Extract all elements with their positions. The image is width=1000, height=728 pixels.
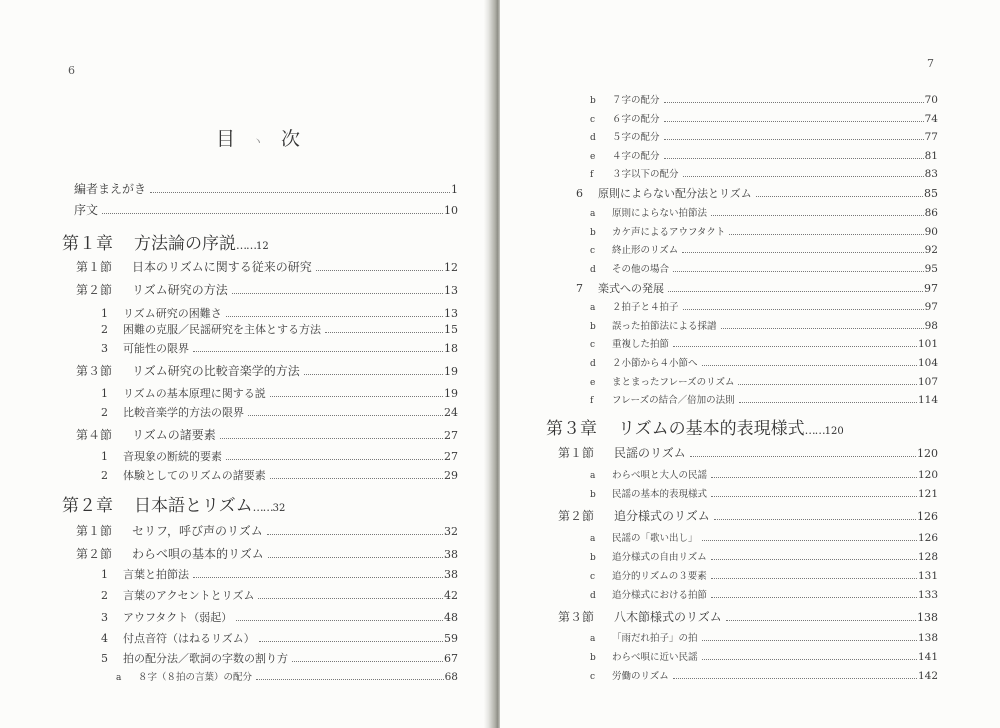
toc-entry[interactable]: d追分様式における拍節133 [590, 587, 938, 601]
entry-number: d [590, 265, 612, 275]
toc-entry[interactable]: 第１節セリフ，呼び声のリズム32 [76, 522, 458, 539]
entry-label: リズムの基本原理に関する説 [123, 385, 266, 401]
entry-number: b [590, 322, 612, 332]
entry-number: 1 [101, 387, 123, 400]
entry-number: a [590, 634, 612, 644]
dot-leader [664, 158, 924, 159]
page-ref: 101 [918, 338, 938, 350]
entry-label: ２拍子と４拍子 [612, 299, 679, 313]
entry-label: リズムの諸要素 [132, 426, 216, 443]
dot-leader [714, 519, 916, 520]
dot-leader [711, 477, 917, 478]
page-ref: 128 [918, 551, 938, 563]
page-number: 7 [927, 57, 934, 70]
entry-label: 追分様式のリズム [614, 507, 710, 524]
entry-label: 日本のリズムに関する従来の研究 [132, 258, 312, 275]
toc-entry[interactable]: 1リズムの基本原理に関する説19 [101, 385, 458, 401]
entry-label: 重複した拍節 [612, 336, 669, 350]
entry-label: 編者まえがき [74, 180, 146, 197]
entry-label: 民謡のリズム [614, 444, 686, 461]
entry-label: リズム研究の方法 [132, 281, 228, 298]
dot-leader [325, 332, 443, 333]
toc-entry[interactable]: e４字の配分81 [590, 148, 938, 162]
entry-number: 3 [101, 611, 123, 624]
page-ref: 121 [918, 488, 938, 500]
page-ref: 12 [444, 261, 458, 274]
entry-number: 第１節 [76, 522, 132, 539]
entry-label: 追分的リズムの３要素 [612, 568, 707, 582]
entry-number: 1 [101, 307, 123, 320]
page-ref: 10 [444, 204, 458, 217]
toc-entry[interactable]: 第３節リズム研究の比較音楽学的方法19 [76, 362, 458, 379]
toc-entry[interactable]: 2言葉のアクセントとリズム42 [101, 587, 458, 603]
dot-leader [102, 213, 443, 214]
dot-leader [683, 176, 924, 177]
toc-entry[interactable]: a「雨だれ拍子」の拍138 [590, 630, 938, 644]
toc-entry[interactable]: 3アウフタクト（弱起）48 [101, 609, 458, 625]
text: リズムの基本的表現様式 [618, 419, 805, 439]
page-ref: 38 [444, 548, 458, 561]
entry-number: 7 [576, 282, 598, 295]
page-ref: 42 [444, 589, 458, 602]
page-ref: 95 [925, 263, 938, 275]
toc-entry[interactable]: c６字の配分74 [590, 111, 938, 125]
entry-number: c [590, 246, 612, 256]
page-ref: 74 [925, 113, 938, 125]
entry-label: ３字以下の配分 [612, 166, 679, 180]
page-ref: 142 [918, 670, 938, 682]
chapter-heading[interactable]: 第３章リズムの基本的表現様式……120 [546, 414, 844, 439]
entry-number: e [590, 152, 612, 162]
page-ref: 12 [256, 241, 269, 252]
entry-label: 誤った拍節法による採譜 [612, 318, 717, 332]
entry-number: d [590, 359, 612, 369]
page-ref: 138 [918, 632, 938, 644]
page-ref: 104 [918, 357, 938, 369]
entry-label: 困難の克服／民謡研究を主体とする方法 [123, 321, 321, 337]
entry-number: 1 [101, 568, 123, 581]
page-ref: 81 [925, 150, 938, 162]
page-ref: 15 [444, 323, 458, 336]
entry-label: ８字（８拍の言葉）の配分 [138, 669, 252, 683]
toc-entry[interactable]: 編者まえがき1 [74, 180, 458, 197]
toc-entry[interactable]: bわらべ唄に近い民謡141 [590, 649, 938, 663]
page-ref: 13 [444, 284, 458, 297]
page-ref: 126 [918, 532, 938, 544]
dot-leader [232, 293, 443, 294]
entry-label: 原則によらない拍節法 [612, 205, 707, 219]
page-ref: 32 [273, 503, 286, 514]
entry-label: 比較音楽学的方法の限界 [123, 404, 244, 420]
chapter-heading[interactable]: 第１章方法論の序説……12 [62, 229, 269, 254]
entry-label: リズム研究の困難さ [123, 305, 222, 321]
dot-leader [711, 215, 924, 216]
toc-entry[interactable]: 第２節リズム研究の方法13 [76, 281, 458, 298]
entry-label: フレーズの結合／倍加の法則 [612, 392, 735, 406]
text: 目 [216, 128, 235, 150]
toc-entry[interactable]: 5拍の配分法／歌詞の字数の割り方67 [101, 650, 458, 666]
entry-label: 言葉のアクセントとリズム [123, 587, 254, 603]
entry-label: わらべ唄と大人の民謡 [612, 467, 707, 481]
left-page: 6 目ヽ次 編者まえがき1 序文10 第１章方法論の序説……12 第１節日本のリ… [0, 0, 492, 728]
text: …… [805, 424, 825, 437]
page-ref: 67 [444, 652, 458, 665]
entry-number: 1 [101, 450, 123, 463]
entry-label: 楽式への発展 [598, 280, 664, 296]
page-ref: 107 [918, 376, 938, 388]
entry-label: わらべ唄の基本的リズム [132, 545, 264, 562]
entry-label: わらべ唄に近い民謡 [612, 649, 698, 663]
dot-leader [683, 309, 924, 310]
page-ref: 120 [825, 426, 844, 437]
toc-entry[interactable]: b追分様式の自由リズム128 [590, 549, 938, 563]
page-ref: 86 [925, 207, 938, 219]
page-number: 6 [68, 64, 75, 77]
dot-leader [193, 351, 443, 352]
toc-entry[interactable]: eまとまったフレーズのリズム107 [590, 374, 938, 388]
page-ref: 19 [444, 387, 458, 400]
dot-leader [756, 196, 923, 197]
entry-label: 付点音符（はねるリズム） [123, 630, 255, 646]
dot-leader [721, 328, 924, 329]
entry-label: 序文 [74, 201, 98, 218]
entry-label: アウフタクト（弱起） [123, 609, 232, 625]
page-ref: 85 [924, 187, 938, 200]
toc-entry[interactable]: 第１節日本のリズムに関する従来の研究12 [76, 258, 458, 275]
page-ref: 27 [444, 450, 458, 463]
entry-label: まとまったフレーズのリズム [612, 374, 734, 388]
entry-label: ５字の配分 [612, 129, 660, 143]
dot-leader [711, 559, 917, 560]
entry-label: 原則によらない配分法とリズム [598, 185, 752, 201]
toc-entry[interactable]: 7楽式への発展97 [576, 280, 938, 296]
toc-entry[interactable]: a原則によらない拍節法86 [590, 205, 938, 219]
page-ref: 114 [918, 394, 938, 406]
dot-leader [268, 557, 443, 558]
page-ref: 92 [925, 244, 938, 256]
dot-leader [739, 402, 917, 403]
entry-number: a [116, 673, 138, 683]
toc-entry[interactable]: 第２節追分様式のリズム126 [558, 507, 938, 524]
page-ref: 68 [445, 671, 458, 683]
dot-leader [702, 640, 917, 641]
entry-number: 2 [101, 406, 123, 419]
page-ref: 13 [444, 307, 458, 320]
entry-number: 第３節 [558, 608, 614, 625]
dot-leader [673, 346, 917, 347]
toc-entry[interactable]: b７字の配分70 [590, 92, 938, 106]
text: …… [253, 501, 273, 514]
entry-number: b [590, 553, 612, 563]
dot-leader [150, 192, 450, 193]
entry-label: 可能性の限界 [123, 340, 189, 356]
toc-entry[interactable]: c追分的リズムの３要素131 [590, 568, 938, 582]
entry-number: c [590, 115, 612, 125]
dot-leader [668, 291, 923, 292]
entry-label: ４字の配分 [612, 148, 660, 162]
dot-leader [316, 270, 443, 271]
toc-entry[interactable]: 2困難の克服／民謡研究を主体とする方法15 [101, 321, 458, 337]
entry-label: 追分様式の自由リズム [612, 549, 707, 563]
toc-entry[interactable]: 第４節リズムの諸要素27 [76, 426, 458, 443]
entry-number: 第１章 [62, 229, 134, 254]
toc-entry[interactable]: bカケ声によるアウフタクト90 [590, 224, 938, 238]
dot-leader [248, 415, 443, 416]
dot-leader [729, 234, 923, 235]
dot-leader [711, 496, 917, 497]
toc-entry[interactable]: 4付点音符（はねるリズム）59 [101, 630, 458, 646]
dot-leader [256, 679, 444, 680]
toc-entry[interactable]: b民謡の基本的表現様式121 [590, 486, 938, 500]
page-ref: 97 [925, 301, 938, 313]
page-ref: 1 [451, 183, 458, 196]
chapter-heading[interactable]: 第２章日本語とリズム……32 [62, 491, 285, 516]
dot-leader [702, 659, 917, 660]
entry-number: 4 [101, 632, 123, 645]
text: 方法論の序説 [134, 234, 236, 254]
entry-number: 2 [101, 469, 123, 482]
page-ref: 120 [917, 447, 938, 460]
dot-leader [673, 271, 924, 272]
entry-label: その他の場合 [612, 261, 669, 275]
entry-number: b [590, 228, 612, 238]
dot-leader [664, 139, 924, 140]
entry-number: 3 [101, 342, 123, 355]
page-ref: 90 [925, 226, 938, 238]
entry-number: c [590, 572, 612, 582]
dot-leader [711, 578, 917, 579]
toc-entry[interactable]: fフレーズの結合／倍加の法則114 [590, 392, 938, 406]
toc-entry[interactable]: 6原則によらない配分法とリズム85 [576, 185, 938, 201]
page-ref: 98 [925, 320, 938, 332]
dot-leader [193, 577, 443, 578]
entry-number: f [590, 170, 612, 180]
dot-leader [258, 598, 443, 599]
entry-number: a [590, 303, 612, 313]
entry-number: 2 [101, 323, 123, 336]
dot-leader [673, 678, 917, 679]
dot-leader [702, 540, 917, 541]
right-page: 7 b７字の配分70 c６字の配分74 d５字の配分77 e４字の配分81 f３… [500, 0, 1000, 728]
dot-leader [711, 597, 917, 598]
entry-label: 終止形のリズム [612, 242, 678, 256]
dot-leader [664, 102, 924, 103]
toc-entry[interactable]: 1言葉と拍節法38 [101, 566, 458, 582]
toc-entry[interactable]: a８字（８拍の言葉）の配分68 [116, 669, 458, 683]
toc-entry[interactable]: a民謡の「歌い出し」126 [590, 530, 938, 544]
page-ref: 97 [924, 282, 938, 295]
entry-label: 民謡の「歌い出し」 [612, 530, 698, 544]
dot-leader [664, 121, 924, 122]
toc-entry[interactable]: 第１節民謡のリズム120 [558, 444, 938, 461]
dot-leader [304, 374, 443, 375]
dot-leader [690, 456, 916, 457]
toc-entry[interactable]: a２拍子と４拍子97 [590, 299, 938, 313]
entry-label: セリフ，呼び声のリズム [132, 522, 263, 539]
page-ref: 138 [917, 611, 938, 624]
entry-number: 第１節 [76, 258, 132, 275]
entry-label: 体験としてのリズムの諸要素 [123, 467, 266, 483]
toc-title: 目ヽ次 [216, 124, 300, 151]
entry-number: 5 [101, 652, 123, 665]
entry-number: a [590, 471, 612, 481]
text: …… [236, 239, 256, 252]
entry-number: b [590, 490, 612, 500]
entry-label: ７字の配分 [612, 92, 660, 106]
page-ref: 29 [444, 469, 458, 482]
page-ref: 19 [444, 365, 458, 378]
toc-entry[interactable]: aわらべ唄と大人の民謡120 [590, 467, 938, 481]
toc-entry[interactable]: 1リズム研究の困難さ13 [101, 305, 458, 321]
entry-number: c [590, 340, 612, 350]
dot-leader [682, 252, 923, 253]
entry-number: b [590, 96, 612, 106]
page-ref: 70 [925, 94, 938, 106]
toc-entry[interactable]: c労働のリズム142 [590, 668, 938, 682]
entry-label: 音現象の断続的要素 [123, 448, 222, 464]
entry-number: f [590, 396, 612, 406]
entry-number: a [590, 534, 612, 544]
entry-number: 第３節 [76, 362, 132, 379]
toc-entry[interactable]: dその他の場合95 [590, 261, 938, 275]
page-ref: 120 [918, 469, 938, 481]
dot-leader [220, 438, 443, 439]
entry-label: 言葉と拍節法 [123, 566, 189, 582]
entry-number: c [590, 672, 612, 682]
toc-entry[interactable]: 序文10 [74, 201, 458, 218]
entry-number: 第２節 [76, 545, 132, 562]
entry-number: e [590, 378, 612, 388]
entry-number: d [590, 133, 612, 143]
toc-entry[interactable]: 3可能性の限界18 [101, 340, 458, 356]
entry-label: ２小節から４小節へ [612, 355, 698, 369]
entry-number: 第３章 [546, 414, 618, 439]
entry-number: a [590, 209, 612, 219]
dot-leader [259, 641, 443, 642]
page-ref: 48 [444, 611, 458, 624]
entry-label: 労働のリズム [612, 668, 669, 682]
page-ref: 83 [925, 168, 938, 180]
dot-leader [226, 316, 443, 317]
entry-label: 拍の配分法／歌詞の字数の割り方 [123, 650, 288, 666]
dot-leader [702, 365, 917, 366]
entry-label: リズム研究の比較音楽学的方法 [132, 362, 300, 379]
toc-entry[interactable]: 2比較音楽学的方法の限界24 [101, 404, 458, 420]
dot-leader [738, 384, 916, 385]
toc-entry[interactable]: 第３節八木節様式のリズム138 [558, 608, 938, 625]
dot-leader [270, 478, 443, 479]
page-ref: 32 [444, 525, 458, 538]
entry-label: 「雨だれ拍子」の拍 [612, 630, 698, 644]
page-ref: 59 [444, 632, 458, 645]
page-ref: 24 [444, 406, 458, 419]
entry-number: 第２章 [62, 491, 134, 516]
entry-number: d [590, 591, 612, 601]
toc-entry[interactable]: d５字の配分77 [590, 129, 938, 143]
toc-entry[interactable]: 1音現象の断続的要素27 [101, 448, 458, 464]
dot-leader [270, 396, 443, 397]
entry-number: 第２節 [558, 507, 614, 524]
entry-number: 第２節 [76, 281, 132, 298]
page-ref: 38 [444, 568, 458, 581]
entry-label: 民謡の基本的表現様式 [612, 486, 707, 500]
page-ref: 18 [444, 342, 458, 355]
entry-number: 第１節 [558, 444, 614, 461]
dot-leader [726, 620, 916, 621]
text: 日本語とリズム [134, 496, 253, 516]
dot-leader [267, 534, 443, 535]
page-ref: 131 [918, 570, 938, 582]
entry-label: 八木節様式のリズム [614, 608, 722, 625]
toc-entry[interactable]: c終止形のリズム92 [590, 242, 938, 256]
entry-number: 2 [101, 589, 123, 602]
toc-entry[interactable]: b誤った拍節法による採譜98 [590, 318, 938, 332]
page-ref: 126 [917, 510, 938, 523]
entry-number: 第４節 [76, 426, 132, 443]
page-ref: 77 [925, 131, 938, 143]
entry-label: ６字の配分 [612, 111, 660, 125]
page-ref: 27 [444, 429, 458, 442]
page-ref: 141 [918, 651, 938, 663]
toc-entry[interactable]: c重複した拍節101 [590, 336, 938, 350]
toc-entry[interactable]: 第２節わらべ唄の基本的リズム38 [76, 545, 458, 562]
entry-label: カケ声によるアウフタクト [612, 224, 725, 238]
dot-leader [226, 459, 443, 460]
dot-leader [292, 661, 443, 662]
page-ref: 133 [918, 589, 938, 601]
dot-leader [236, 620, 443, 621]
toc-entry[interactable]: 2体験としてのリズムの諸要素29 [101, 467, 458, 483]
toc-entry[interactable]: d２小節から４小節へ104 [590, 355, 938, 369]
text: 次 [281, 128, 300, 150]
entry-number: b [590, 653, 612, 663]
entry-label: 追分様式における拍節 [612, 587, 707, 601]
entry-number: 6 [576, 187, 598, 200]
toc-entry[interactable]: f３字以下の配分83 [590, 166, 938, 180]
